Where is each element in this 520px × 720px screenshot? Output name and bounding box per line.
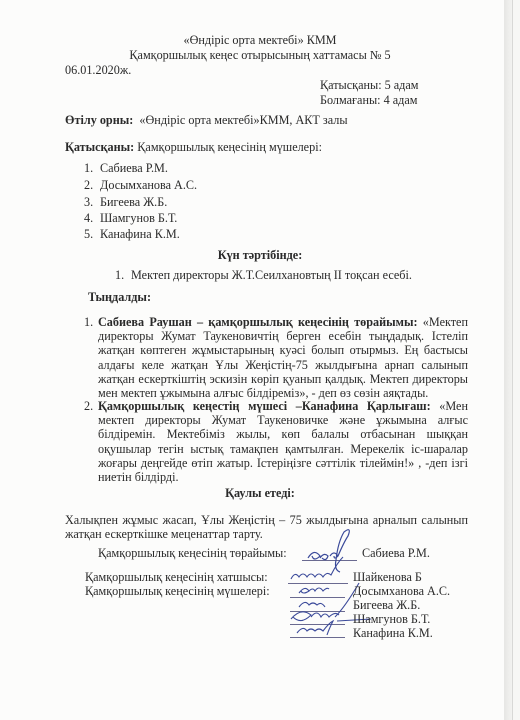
member-name: Бигеева Ж.Б. xyxy=(353,598,420,612)
agenda-heading: Күн тәртібінде: xyxy=(0,248,520,262)
member-name: Досымханова А.С. xyxy=(353,584,450,598)
secretary-name: Шайкенова Б xyxy=(353,570,422,584)
member-name: Канафина К.М. xyxy=(353,626,433,640)
heard-paragraph: Сабиева Раушан – қамқоршылық кеңесінің т… xyxy=(98,315,468,400)
heard-paragraph: Қамқоршылық кеңестің мүшесі –Канафина Қа… xyxy=(98,399,468,484)
venue: Өтілу орны: «Өндіріс орта мектебі»КММ, А… xyxy=(65,113,348,127)
speaker: Сабиева Раушан – қамқоршылық кеңесінің т… xyxy=(98,315,418,329)
document-page: «Өндіріс орта мектебі» КММ Қамқоршылық к… xyxy=(0,0,513,720)
members-label: Қамқоршылық кеңесінің мүшелері: xyxy=(85,584,270,598)
resolution-text: Халықпен жұмыс жасап, Ұлы Жеңістің – 75 … xyxy=(65,513,468,541)
participants: Қатысқаны: Қамқоршылық кеңесінің мүшелер… xyxy=(65,140,322,154)
secretary-label: Қамқоршылық кеңесінің хатшысы: xyxy=(85,570,268,584)
member-name: Шамгунов Б.Т. xyxy=(353,612,430,626)
participants-value: Қамқоршылық кеңесінің мүшелері: xyxy=(137,140,322,154)
scan-edge xyxy=(504,0,512,720)
document-title: Қамқоршылық кеңес отырысының хаттамасы №… xyxy=(0,48,520,62)
absent-count: Болмағаны: 4 адам xyxy=(320,93,417,107)
participants-label: Қатысқаны: xyxy=(65,140,134,154)
venue-value: «Өндіріс орта мектебі»КММ, АКТ залы xyxy=(139,113,347,127)
chair-label: Қамқоршылық кеңесінің төрайымы: xyxy=(98,546,287,560)
venue-label: Өтілу орны: xyxy=(65,113,133,127)
present-count: Қатысқаны: 5 адам xyxy=(320,78,419,92)
resolution-heading: Қаулы етеді: xyxy=(0,486,520,500)
speaker: Қамқоршылық кеңестің мүшесі –Канафина Қа… xyxy=(98,399,431,413)
org-name: «Өндіріс орта мектебі» КММ xyxy=(0,33,520,47)
heard-heading: Тыңдалды: xyxy=(88,290,151,304)
document-date: 06.01.2020ж. xyxy=(65,63,131,77)
